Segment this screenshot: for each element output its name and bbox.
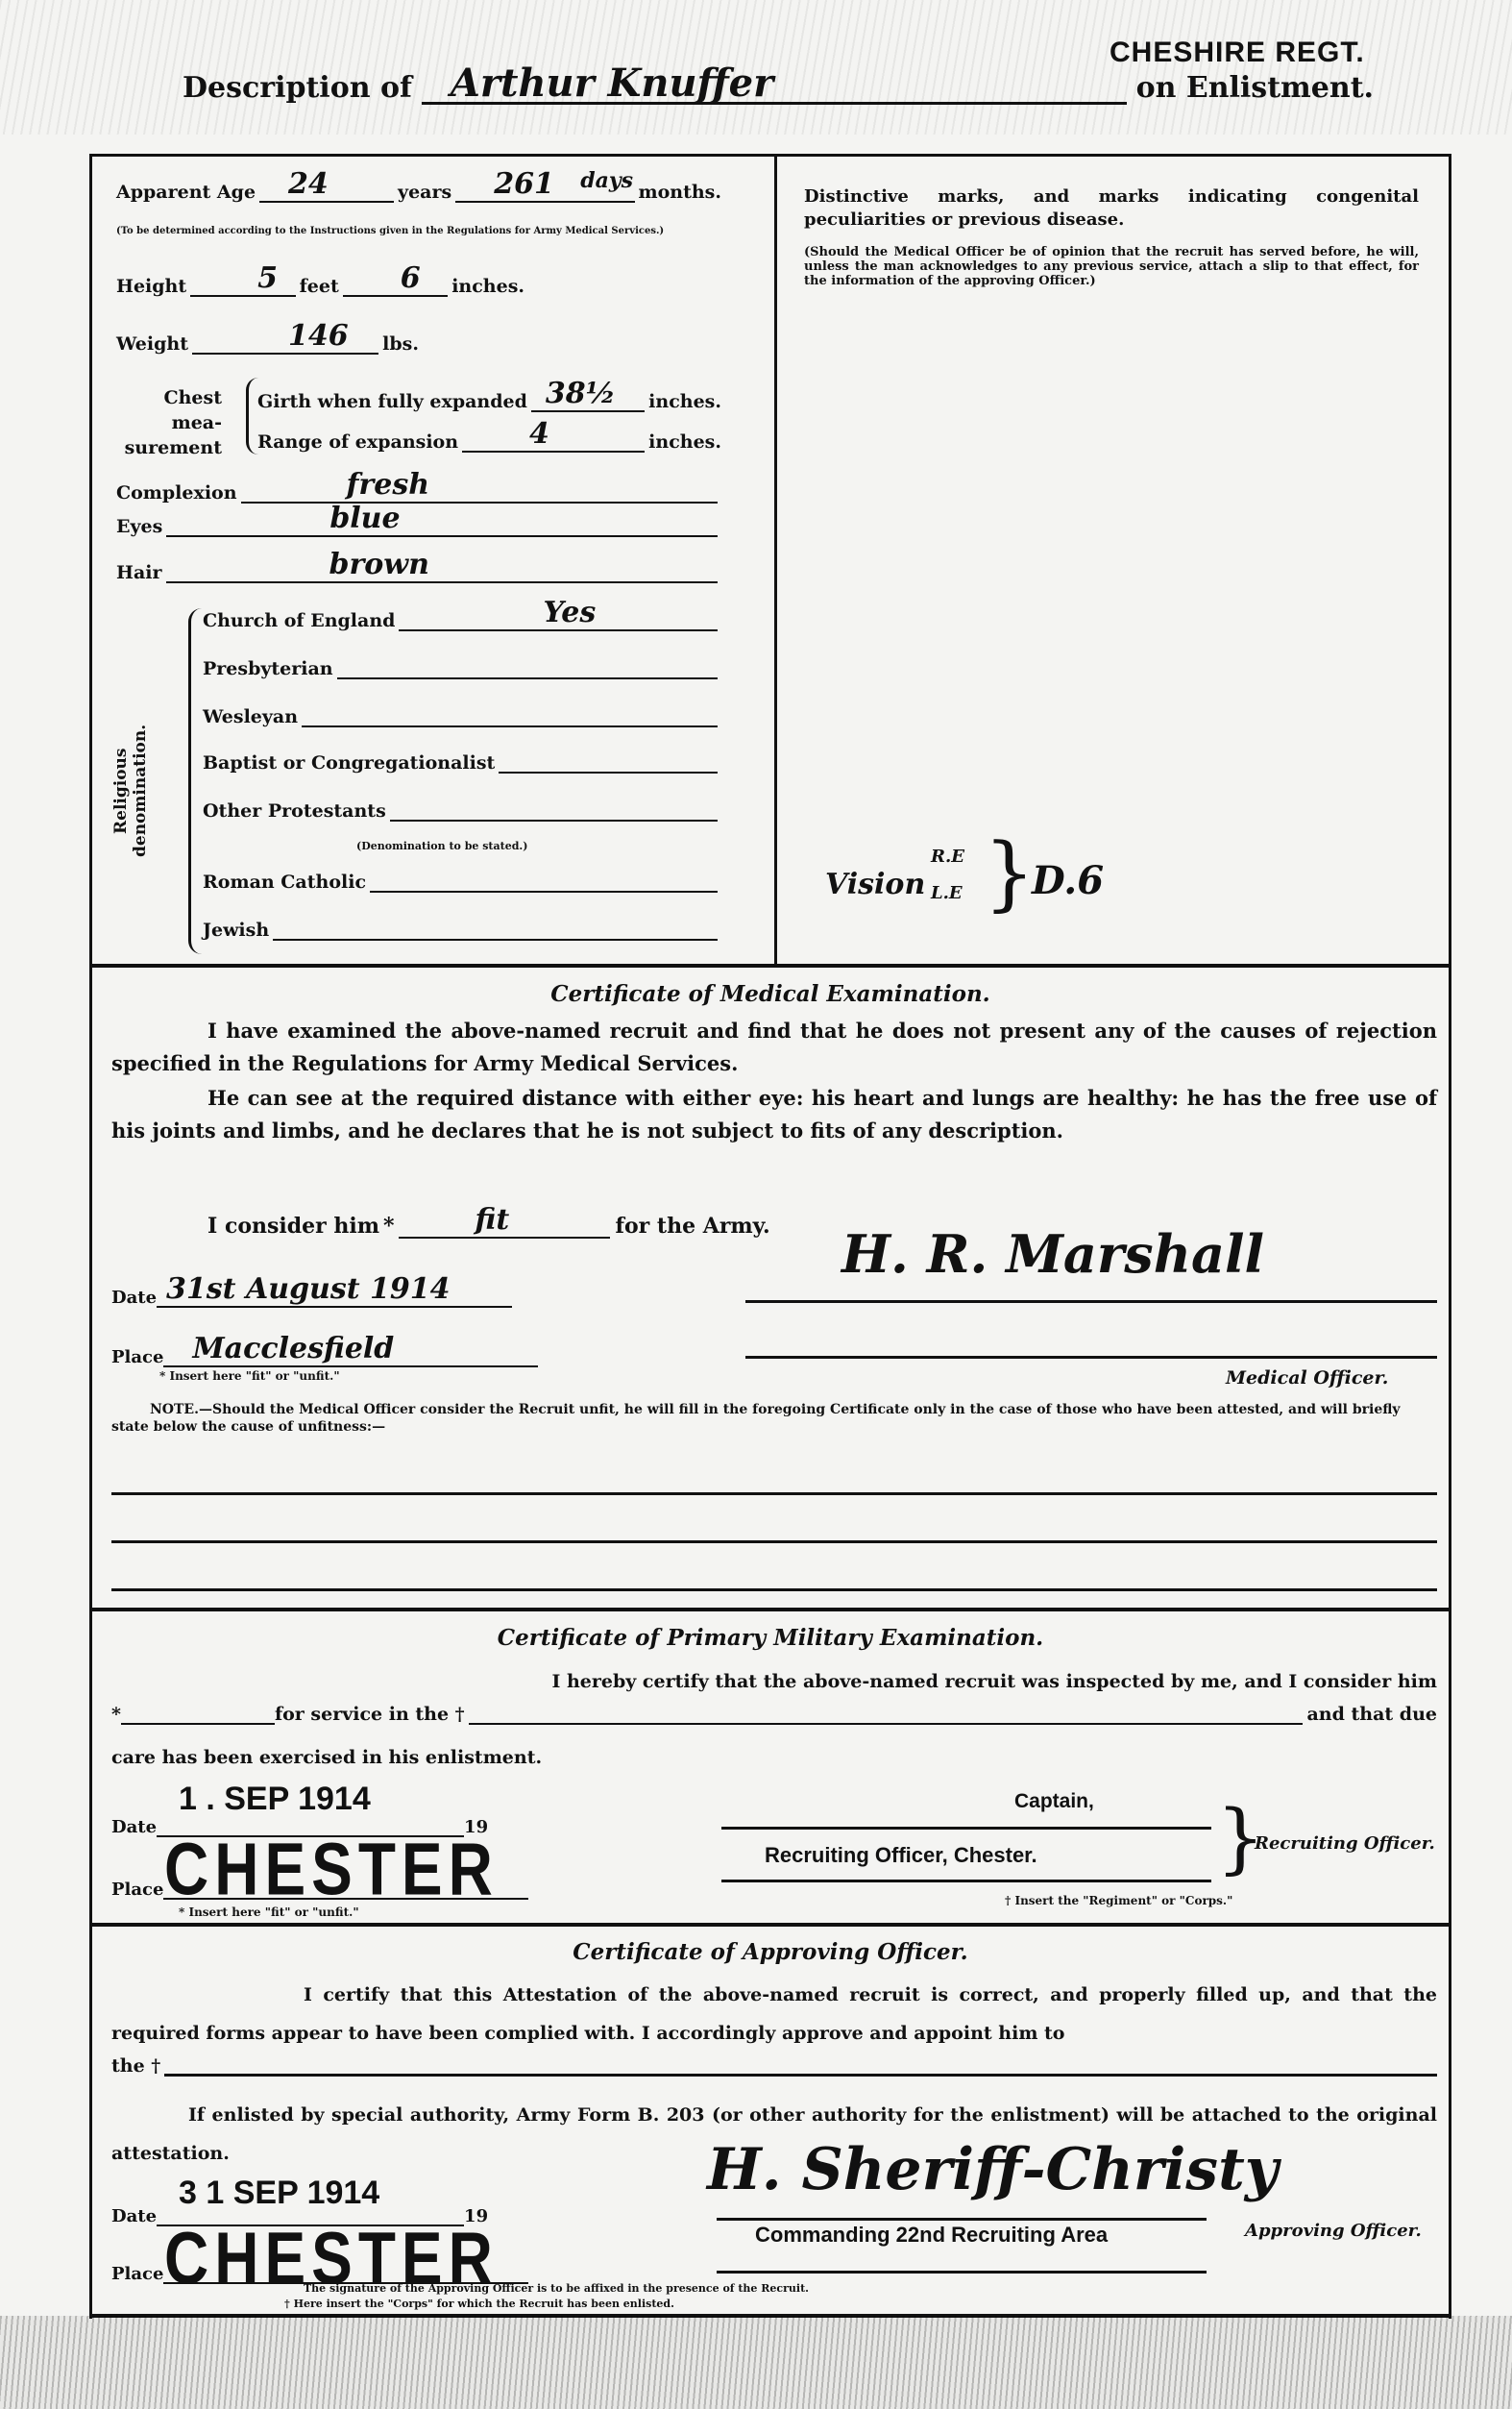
vision-le: L.E	[931, 883, 963, 903]
age-extra-unit: days	[580, 168, 633, 193]
medical-certificate-title: Certificate of Medical Examination.	[92, 981, 1449, 1007]
approving-corps-field	[164, 2054, 1437, 2077]
religion-row-wesleyan: Wesleyan	[203, 702, 721, 727]
years-label: years	[398, 182, 451, 203]
range-label: Range of expansion	[257, 431, 458, 453]
feet-label: feet	[300, 276, 339, 297]
height-label: Height	[116, 276, 186, 297]
girth-inches-label: inches.	[648, 391, 721, 412]
corps-footnote: † Here insert the "Corps" for which the …	[284, 2298, 674, 2310]
months-label: months.	[639, 182, 722, 203]
primary-date-stamp: 1 . SEP 1914	[179, 1781, 371, 1818]
vision-label: Vision	[825, 868, 925, 901]
approving-officer-line-2	[717, 2271, 1207, 2274]
religion-label: Roman Catholic	[203, 872, 366, 893]
approving-officer-signature: H. Sheriff-Christy	[707, 2136, 1279, 2203]
primary-date-label: Date	[111, 1817, 157, 1837]
medical-place-label: Place	[111, 1347, 163, 1367]
approving-place-label: Place	[111, 2264, 163, 2284]
approving-officer-line-1	[717, 2218, 1207, 2221]
chest-measurement-label: Chest mea-surement	[116, 385, 222, 460]
religion-row-baptist: Baptist or Congregationalist	[203, 749, 721, 774]
medical-place-row: Place Macclesfield	[111, 1339, 538, 1367]
distinctive-marks-note: (Should the Medical Officer be of opinio…	[804, 245, 1419, 288]
medical-officer-line	[745, 1356, 1437, 1359]
approving-certificate-title: Certificate of Approving Officer.	[92, 1939, 1449, 1965]
religion-label: Church of England	[203, 610, 395, 631]
fitness-row: I consider him * fit for the Army.	[207, 1212, 770, 1239]
medical-date-value: 31st August 1914	[166, 1272, 451, 1306]
complexion-value: fresh	[347, 468, 430, 502]
insert-regiment-note: † Insert the "Regiment" or "Corps."	[1005, 1894, 1232, 1907]
denomination-note: (Denomination to be stated.)	[356, 841, 527, 852]
girth-value: 38½	[546, 377, 616, 410]
recruiting-officer-label: Recruiting Officer.	[1255, 1833, 1435, 1854]
religion-label: Wesleyan	[203, 706, 298, 727]
signature-footnote: The signature of the Approving Officer i…	[304, 2282, 809, 2295]
scan-noise-bottom	[0, 2316, 1512, 2409]
hair-row: Hair brown	[116, 558, 721, 583]
distinctive-marks-panel: Distinctive marks, and marks indicating …	[777, 157, 1449, 964]
complexion-row: Complexion fresh	[116, 479, 721, 504]
religion-label: Jewish	[203, 920, 269, 941]
approving-corps-row: the †	[111, 2054, 1437, 2077]
approving-officer-stamp: Commanding 22nd Recruiting Area	[755, 2223, 1108, 2248]
primary-insert-fit-note: * Insert here "fit" or "unfit."	[179, 1905, 359, 1919]
age-years-value: 24	[288, 167, 329, 201]
recruiting-officer-line-1	[721, 1827, 1211, 1830]
medical-officer-signature: H. R. Marshall	[841, 1223, 1264, 1285]
description-header: Description of Arthur Knuffer on Enlistm…	[183, 69, 1374, 105]
unfit-cause-line-1	[111, 1492, 1437, 1495]
approving-date-label: Date	[111, 2206, 157, 2226]
medical-para-1: I have examined the above-named recruit …	[111, 1015, 1437, 1080]
description-suffix: on Enlistment.	[1136, 71, 1374, 105]
insert-fit-note: * Insert here "fit" or "unfit."	[159, 1369, 340, 1383]
religion-row-church-of-england: Church of England Yes	[203, 606, 721, 631]
unfit-cause-line-3	[111, 1588, 1437, 1591]
range-inches-label: inches.	[648, 431, 721, 453]
medical-signature-line	[745, 1300, 1437, 1303]
apparent-age-label: Apparent Age	[116, 182, 256, 203]
religion-brace	[188, 608, 203, 954]
recruit-name: Arthur Knuffer	[451, 61, 773, 106]
lbs-label: lbs.	[382, 333, 419, 355]
hair-label: Hair	[116, 562, 162, 583]
weight-value: 146	[288, 319, 349, 353]
girth-label: Girth when fully expanded	[257, 391, 527, 412]
approving-officer-label: Approving Officer.	[1245, 2221, 1422, 2241]
weight-row: Weight 146 lbs.	[116, 330, 419, 355]
medical-date-row: Date 31st August 1914	[111, 1279, 512, 1308]
service-regiment-field	[469, 1704, 1304, 1725]
range-value: 4	[529, 417, 549, 451]
distinctive-marks-heading: Distinctive marks, and marks indicating …	[804, 185, 1419, 232]
girth-row: Girth when fully expanded 38½ inches.	[257, 387, 721, 412]
complexion-label: Complexion	[116, 482, 237, 504]
service-in-label: for service in the †	[275, 1704, 465, 1725]
section-divider	[92, 1923, 1449, 1927]
age-extra-value: 261	[494, 167, 554, 201]
height-inches-value: 6	[401, 261, 421, 295]
due-care-label: and that due	[1306, 1704, 1437, 1725]
attestation-form: Apparent Age 24 years 261days months. (T…	[89, 154, 1451, 2319]
approving-corps-label: the †	[111, 2055, 160, 2077]
eyes-row: Eyes blue	[116, 512, 721, 537]
consider-prefix: I consider him	[207, 1214, 379, 1239]
recruiting-officer-stamp: Recruiting Officer, Chester.	[765, 1843, 1037, 1868]
primary-para-line-1: I hereby certify that the above-named re…	[111, 1665, 1437, 1698]
fitness-value: fit	[476, 1203, 510, 1237]
eyes-value: blue	[329, 502, 400, 535]
section-divider	[92, 964, 1449, 968]
religion-row-presbyterian: Presbyterian	[203, 654, 721, 679]
consider-suffix: for the Army.	[616, 1214, 770, 1239]
range-row: Range of expansion 4 inches.	[257, 428, 721, 453]
age-note: (To be determined according to the Instr…	[116, 226, 721, 237]
eyes-label: Eyes	[116, 516, 162, 537]
religion-row-roman-catholic: Roman Catholic	[203, 868, 721, 893]
height-feet-value: 5	[257, 261, 278, 295]
recruit-name-field: Arthur Knuffer	[422, 69, 1127, 105]
religious-denomination-label: Religious denomination.	[111, 695, 169, 887]
inches-label: inches.	[451, 276, 524, 297]
physical-description-panel: Apparent Age 24 years 261days months. (T…	[92, 157, 777, 964]
description-prefix: Description of	[183, 71, 412, 105]
vision-brace-icon: }	[984, 829, 1035, 916]
apparent-age-row: Apparent Age 24 years 261days months.	[116, 178, 721, 203]
recruiting-officer-rank: Captain,	[1014, 1790, 1094, 1813]
regiment-label: CHESHIRE REGT.	[1110, 37, 1365, 69]
medical-officer-label: Medical Officer.	[1226, 1367, 1388, 1389]
approving-para-1: I certify that this Attestation of the a…	[111, 1976, 1437, 2053]
medical-para-2: He can see at the required distance with…	[111, 1082, 1437, 1147]
religion-label: Presbyterian	[203, 658, 333, 679]
medical-date-label: Date	[111, 1288, 157, 1308]
height-row: Height 5 feet 6 inches.	[116, 272, 524, 297]
unfit-note: NOTE.—Should the Medical Officer conside…	[111, 1401, 1437, 1436]
unfit-cause-line-2	[111, 1540, 1437, 1543]
religion-row-other-protestants: Other Protestants	[203, 797, 721, 822]
medical-place-value: Macclesfield	[192, 1332, 394, 1365]
religion-label: Baptist or Congregationalist	[203, 752, 495, 774]
vision-value: D.6	[1032, 858, 1104, 903]
section-divider	[92, 1608, 1449, 1611]
vision-re: R.E	[931, 847, 964, 867]
primary-para-line-3: care has been exercised in his enlistmen…	[111, 1747, 542, 1768]
primary-certificate-title: Certificate of Primary Military Examinat…	[92, 1625, 1449, 1651]
primary-para-line-2: * for service in the † and that due	[111, 1704, 1437, 1725]
religion-row-jewish: Jewish	[203, 916, 721, 941]
primary-place-label: Place	[111, 1880, 163, 1900]
recruiting-officer-line-2	[721, 1880, 1211, 1882]
primary-place-stamp: CHESTER	[164, 1827, 499, 1912]
weight-label: Weight	[116, 333, 188, 355]
religion-label: Other Protestants	[203, 800, 386, 822]
religion-value: Yes	[543, 596, 596, 629]
hair-value: brown	[329, 548, 429, 581]
